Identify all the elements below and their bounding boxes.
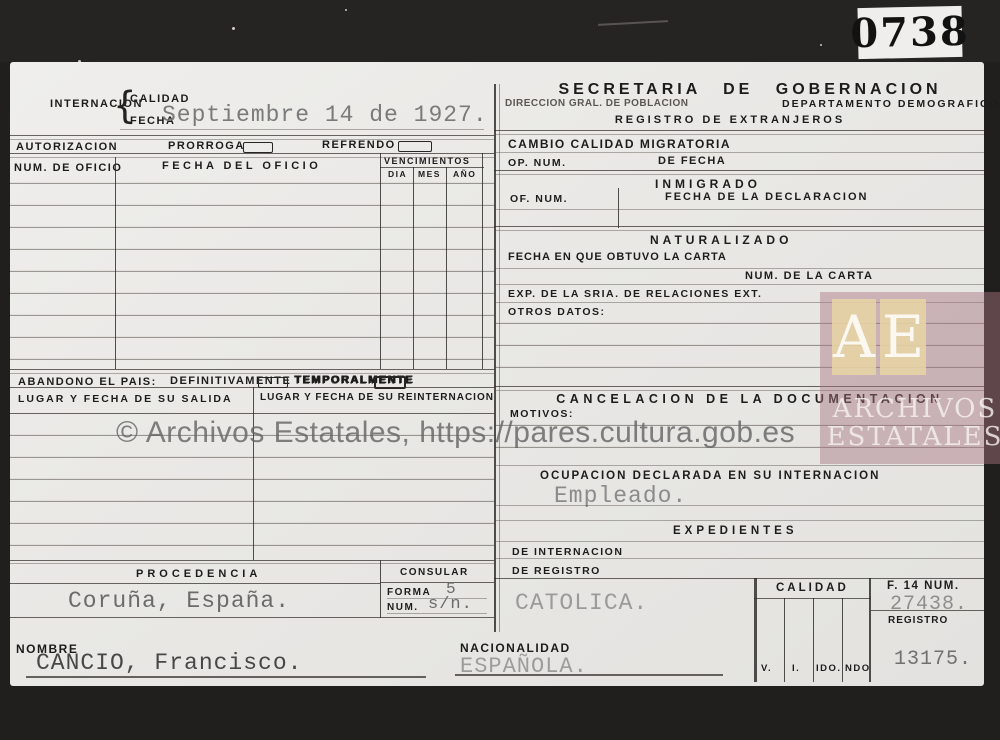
exp-sria-label: EXP. DE LA SRIA. DE RELACIONES EXT. bbox=[508, 288, 762, 300]
column-line bbox=[784, 598, 785, 682]
logo-wordmark-estatales: ESTATALES bbox=[820, 422, 1000, 452]
divider-line bbox=[494, 134, 984, 135]
consular-label: CONSULAR bbox=[400, 567, 469, 578]
refrendo-label: REFRENDO bbox=[322, 139, 396, 151]
num-carta-label: NUM. DE LA CARTA bbox=[745, 270, 874, 282]
divider-line bbox=[10, 373, 494, 374]
divider-line bbox=[10, 617, 494, 618]
logo-letter-a: A bbox=[833, 303, 875, 371]
divider-line bbox=[494, 174, 984, 175]
procedencia-label: PROCEDENCIA bbox=[136, 568, 261, 580]
column-line bbox=[380, 153, 381, 369]
divider-line bbox=[494, 505, 984, 506]
divider-line bbox=[10, 153, 494, 154]
nacionalidad-label: NACIONALIDAD bbox=[460, 641, 571, 655]
column-line bbox=[842, 598, 843, 682]
registro-value: 13175. bbox=[894, 648, 972, 671]
divider-line bbox=[10, 135, 494, 136]
divider-line bbox=[10, 560, 494, 561]
divider-line bbox=[494, 226, 984, 227]
divider-line bbox=[494, 170, 984, 171]
signature-line bbox=[455, 674, 723, 676]
f14-value: 27438. bbox=[890, 593, 968, 616]
divider-line bbox=[494, 130, 984, 131]
divider-line bbox=[10, 387, 494, 388]
calidad-col-v: V. bbox=[761, 663, 772, 674]
lugar-salida-label: LUGAR Y FECHA DE SU SALIDA bbox=[18, 393, 233, 405]
divider-line bbox=[10, 563, 494, 564]
naturalizado-label: NATURALIZADO bbox=[650, 233, 792, 247]
film-speck bbox=[820, 44, 822, 46]
divider-line bbox=[494, 268, 984, 269]
registro-label: REGISTRO bbox=[888, 615, 948, 626]
ruled-lines bbox=[10, 162, 494, 370]
signature-line bbox=[26, 676, 426, 678]
divider-line bbox=[120, 129, 484, 130]
film-speck bbox=[345, 9, 347, 11]
divider-line bbox=[380, 582, 494, 583]
de-registro-label: DE REGISTRO bbox=[512, 565, 601, 577]
prorroga-checkbox bbox=[243, 142, 273, 153]
column-line bbox=[482, 153, 483, 369]
registro-extranjeros-label: REGISTRO DE EXTRANJEROS bbox=[530, 114, 930, 126]
watermark-copyright: © Archivos Estatales, https://pares.cult… bbox=[116, 416, 795, 450]
column-line bbox=[413, 167, 414, 369]
nombre-value: CANCIO, Francisco. bbox=[36, 650, 302, 676]
of-num-label: OF. NUM. bbox=[510, 193, 568, 205]
column-line bbox=[115, 157, 116, 369]
column-line bbox=[253, 387, 254, 560]
calidad-col-ndo: NDO bbox=[845, 663, 871, 674]
fecha-value: Septiembre 14 de 1927. bbox=[162, 102, 488, 128]
procedencia-value: Coruña, España. bbox=[68, 588, 290, 614]
divider-line bbox=[494, 230, 984, 231]
calidad-col-ido: IDO. bbox=[816, 663, 842, 674]
divider-line bbox=[10, 139, 494, 140]
box-border bbox=[754, 578, 757, 682]
forma-label: FORMA bbox=[387, 587, 431, 598]
divider-line bbox=[494, 152, 984, 153]
autorizacion-label: AUTORIZACION bbox=[16, 141, 118, 153]
column-line bbox=[813, 598, 814, 682]
prorroga-label: PRORROGA bbox=[168, 140, 245, 152]
column-line bbox=[380, 560, 381, 618]
op-num-label: OP. NUM. bbox=[508, 157, 566, 169]
logo-wordmark-archivos: ARCHIVOS bbox=[820, 394, 1000, 424]
divider-line bbox=[494, 541, 984, 542]
film-frame-number: 0738 bbox=[850, 8, 970, 57]
refrendo-checkbox bbox=[398, 141, 432, 152]
inmigrado-label: INMIGRADO bbox=[655, 177, 761, 191]
expedientes-label: EXPEDIENTES bbox=[673, 525, 798, 537]
de-internacion-label: DE INTERNACION bbox=[512, 546, 623, 558]
logo-letter-e: E bbox=[882, 303, 924, 371]
divider-line bbox=[871, 610, 984, 611]
de-fecha-label: DE FECHA bbox=[658, 155, 726, 167]
divider-line bbox=[10, 583, 380, 584]
divider-line bbox=[494, 284, 984, 285]
divider-line bbox=[10, 369, 494, 370]
fecha-carta-label: FECHA EN QUE OBTUVO LA CARTA bbox=[508, 251, 727, 263]
secretaria-title: SECRETARIA DE GOBERNACION bbox=[530, 81, 970, 99]
direccion-label: DIRECCION GRAL. DE POBLACION bbox=[505, 98, 688, 109]
f14-label: F. 14 NUM. bbox=[887, 580, 960, 592]
calidad-box-header: CALIDAD bbox=[776, 582, 849, 594]
divider-line bbox=[494, 558, 984, 559]
divider-line bbox=[494, 520, 984, 521]
microfilm-scan: 0738 INTERNACION { CALIDAD FECHA Septiem… bbox=[0, 0, 1000, 740]
calidad-col-i: I. bbox=[792, 663, 800, 674]
archivos-estatales-logo: A E ARCHIVOS ESTATALES bbox=[820, 292, 1000, 464]
dotted-line bbox=[387, 613, 487, 614]
column-line bbox=[446, 167, 447, 369]
logo-letter-e-tile: E bbox=[880, 299, 926, 375]
ocupacion-label: OCUPACION DECLARADA EN SU INTERNACION bbox=[540, 470, 880, 482]
film-speck bbox=[232, 27, 235, 30]
religion-value: CATOLICA. bbox=[515, 590, 648, 616]
lugar-reinternacion-label: LUGAR Y FECHA DE SU REINTERNACION bbox=[260, 392, 494, 403]
divider-line bbox=[494, 209, 984, 210]
num-consular-label: NUM. bbox=[387, 602, 419, 613]
departamento-label: DEPARTAMENTO DEMOGRAFICO bbox=[782, 98, 1000, 110]
divider-line bbox=[494, 465, 984, 466]
film-frame-number-label: 0738 bbox=[857, 6, 962, 59]
column-line bbox=[618, 188, 619, 228]
cambio-label: CAMBIO CALIDAD MIGRATORIA bbox=[508, 137, 731, 151]
fecha-declaracion-label: FECHA DE LA DECLARACION bbox=[665, 191, 868, 203]
logo-letter-a-tile: A bbox=[832, 299, 876, 375]
num-consular-value: s/n. bbox=[428, 595, 473, 614]
